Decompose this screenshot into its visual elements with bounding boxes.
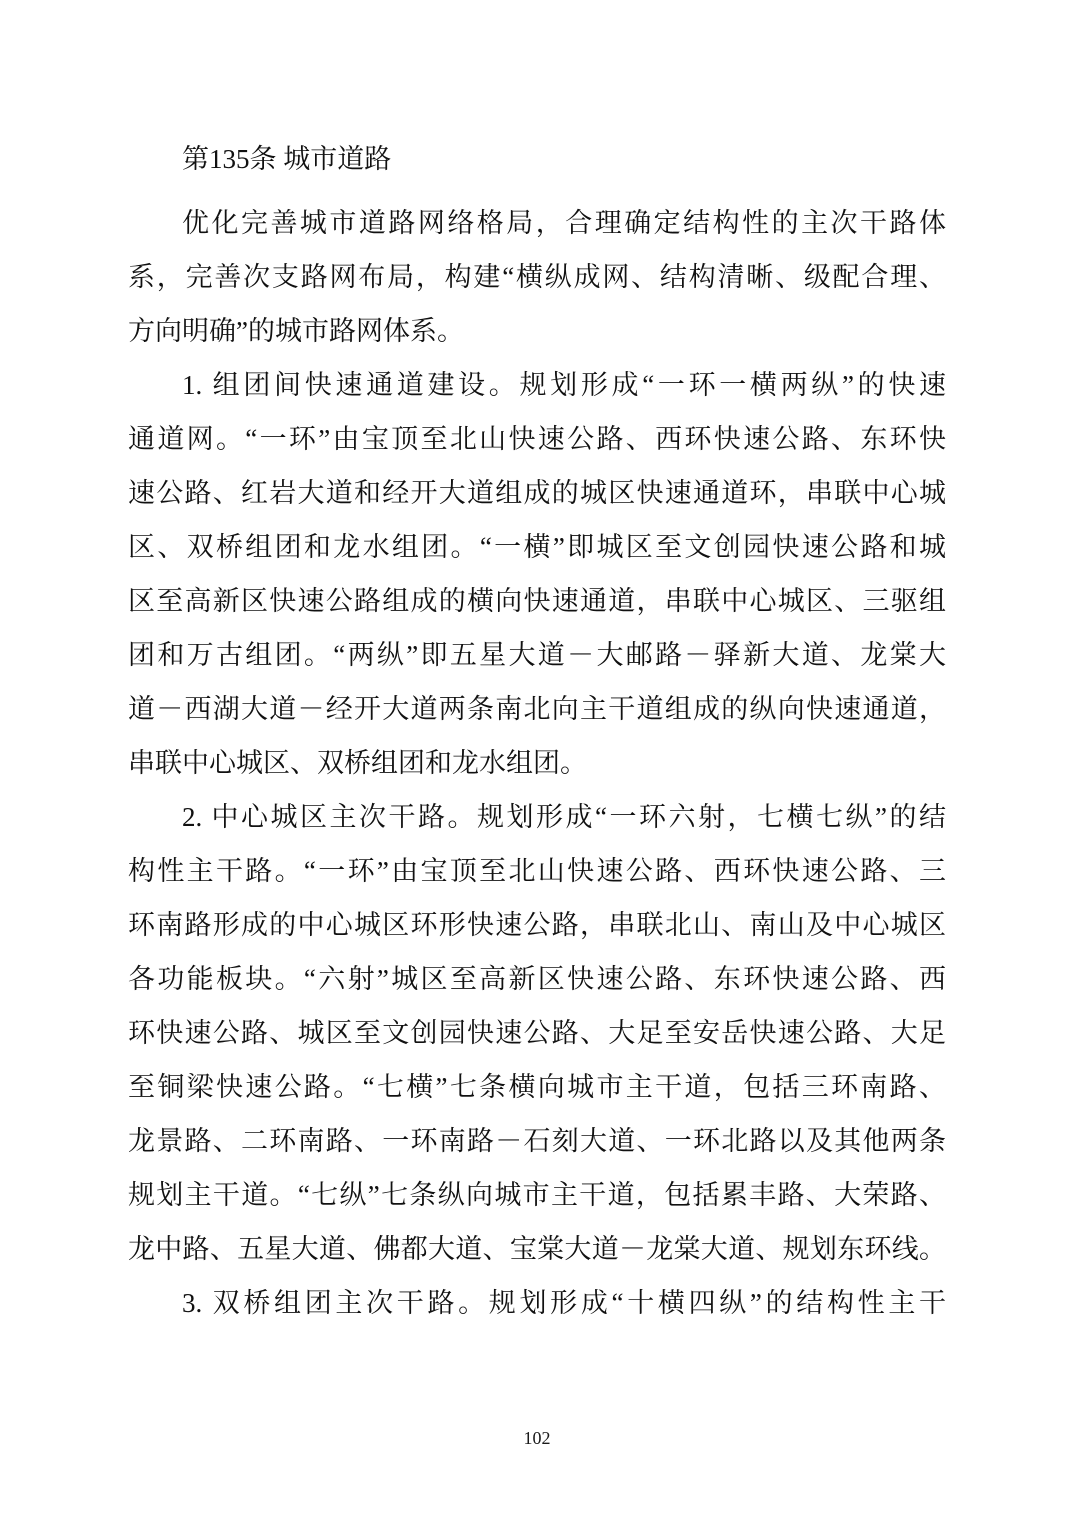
document-page: 第135条 城市道路优化完善城市道路网络格局，合理确定结构性的主次干路体系，完善… <box>0 0 1074 1520</box>
text-line: 构性主干路。“一环”由宝顶至北山快速公路、西环快速公路、三 <box>128 844 946 898</box>
page-number: 102 <box>0 1424 1074 1452</box>
text-line: 规划主干道。“七纵”七条纵向城市主干道，包括累丰路、大荣路、 <box>128 1168 946 1222</box>
text-line: 通道网。“一环”由宝顶至北山快速公路、西环快速公路、东环快 <box>128 412 946 466</box>
text-line: 至铜梁快速公路。“七横”七条横向城市主干道，包括三环南路、 <box>128 1060 946 1114</box>
text-line: 区至高新区快速公路组成的横向快速通道，串联中心城区、三驱组 <box>128 574 946 628</box>
text-line: 2. 中心城区主次干路。规划形成“一环六射，七横七纵”的结 <box>128 790 946 844</box>
text-line: 1. 组团间快速通道建设。规划形成“一环一横两纵”的快速 <box>128 358 946 412</box>
text-line: 优化完善城市道路网络格局，合理确定结构性的主次干路体 <box>128 196 946 250</box>
text-line: 道－西湖大道－经开大道两条南北向主干道组成的纵向快速通道， <box>128 682 946 736</box>
text-line: 3. 双桥组团主次干路。规划形成“十横四纵”的结构性主干 <box>128 1276 946 1330</box>
text-line: 团和万古组团。“两纵”即五星大道－大邮路－驿新大道、龙棠大 <box>128 628 946 682</box>
text-line: 环南路形成的中心城区环形快速公路，串联北山、南山及中心城区 <box>128 898 946 952</box>
article-heading: 第135条 城市道路 <box>128 132 946 186</box>
document-content: 第135条 城市道路优化完善城市道路网络格局，合理确定结构性的主次干路体系，完善… <box>128 132 946 1330</box>
text-line: 龙景路、二环南路、一环南路－石刻大道、一环北路以及其他两条 <box>128 1114 946 1168</box>
text-line: 区、双桥组团和龙水组团。“一横”即城区至文创园快速公路和城 <box>128 520 946 574</box>
text-line: 各功能板块。“六射”城区至高新区快速公路、东环快速公路、西 <box>128 952 946 1006</box>
text-line: 串联中心城区、双桥组团和龙水组团。 <box>128 736 946 790</box>
text-line: 速公路、红岩大道和经开大道组成的城区快速通道环，串联中心城 <box>128 466 946 520</box>
text-line: 系，完善次支路网布局，构建“横纵成网、结构清晰、级配合理、 <box>128 250 946 304</box>
text-line: 龙中路、五星大道、佛都大道、宝棠大道－龙棠大道、规划东环线。 <box>128 1222 946 1276</box>
text-line: 环快速公路、城区至文创园快速公路、大足至安岳快速公路、大足 <box>128 1006 946 1060</box>
text-line: 方向明确”的城市路网体系。 <box>128 304 946 358</box>
